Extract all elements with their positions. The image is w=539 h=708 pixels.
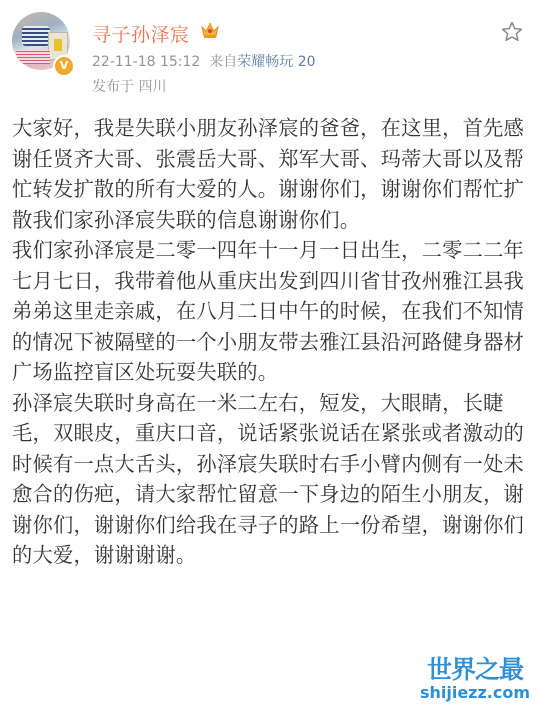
source-device-link[interactable]: 荣耀畅玩 20 — [237, 54, 315, 70]
vip-crown-icon — [200, 21, 220, 39]
site-watermark: 世界之最 shijiezz.com — [416, 656, 534, 702]
avatar-photo-detail — [22, 26, 50, 46]
post-header: V 寻子孙泽宸 22-11-18 15:12 来自荣耀畅玩 20 发布于 四川 — [0, 0, 539, 100]
post-location: 发布于 四川 — [92, 76, 166, 96]
post-paragraph: 大家好，我是失联小朋友孙泽宸的爸爸，在这里，首先感谢任贤齐大哥、张震岳大哥、郑军… — [12, 113, 527, 235]
verified-badge-icon: V — [53, 55, 75, 77]
post-paragraph: 我们家孙泽宸是二零一四年十一月一日出生，二零二二年七月七日，我带着他从重庆出发到… — [12, 235, 527, 388]
watermark-url: shijiezz.com — [416, 684, 534, 702]
author-name[interactable]: 寻子孙泽宸 — [92, 20, 190, 47]
avatar-photo-detail — [16, 50, 50, 64]
post-timestamp: 22-11-18 15:12 — [92, 54, 200, 70]
post-meta: 22-11-18 15:12 来自荣耀畅玩 20 — [92, 51, 316, 71]
star-outline-icon[interactable] — [500, 20, 524, 44]
post-body: 大家好，我是失联小朋友孙泽宸的爸爸，在这里，首先感谢任贤齐大哥、张震岳大哥、郑军… — [12, 113, 527, 571]
post-paragraph: 孙泽宸失联时身高在一米二左右，短发，大眼睛，长睫毛，双眼皮，重庆口音，说话紧张说… — [12, 388, 527, 571]
source-prefix: 来自 — [209, 54, 237, 70]
watermark-title: 世界之最 — [416, 656, 534, 684]
